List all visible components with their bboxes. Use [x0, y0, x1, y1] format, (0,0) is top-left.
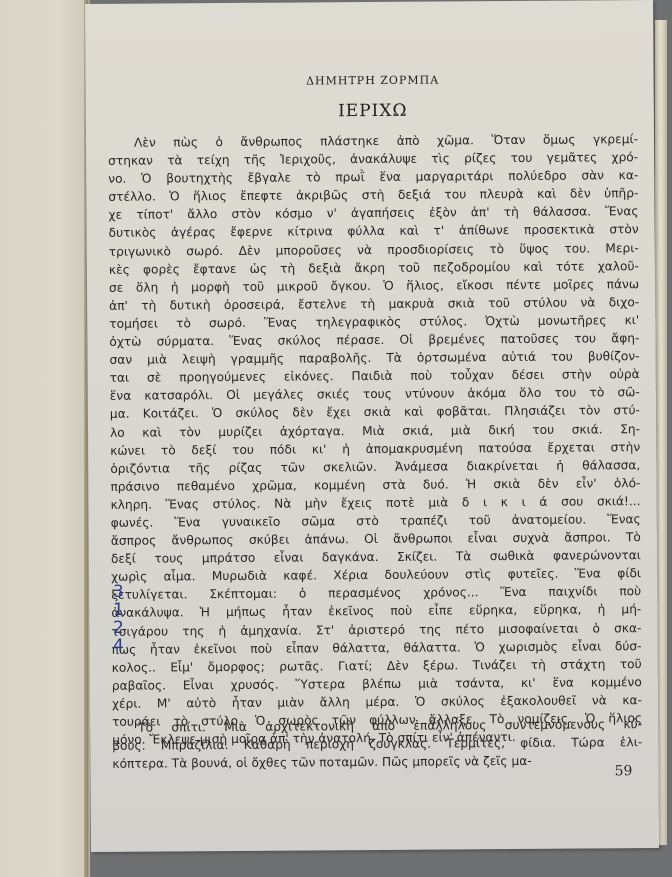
right-page: ΔΗΜΗΤΡΗ ΖΟΡΜΠΑ ΙΕΡΙΧΩ Λὲν πὼς ὁ ἄνθρωπος… [85, 0, 659, 852]
paragraph-1: Λὲν πὼς ὁ ἄνθρωπος πλάστηκε ἀπὸ χῶμα. Ὅτ… [108, 130, 642, 749]
paragraph-2: Τὸ σπίτι. Μιὰ ἀρχιτεκτονικὴ ἀπὸ ἐπάλληλο… [112, 715, 642, 773]
handwritten-number: 3 [113, 583, 124, 601]
author-header: ΔΗΜΗΤΡΗ ΖΟΡΜΠΑ [108, 72, 638, 89]
left-page [0, 0, 86, 877]
page-content: ΔΗΜΗΤΡΗ ΖΟΡΜΠΑ ΙΕΡΙΧΩ Λὲν πὼς ὁ ἄνθρωπος… [107, 0, 637, 4]
handwritten-number: 1 [113, 601, 124, 619]
handwritten-margin-notes: 3 1 2 4 [113, 583, 124, 655]
text-line: κόπτερα. Τὰ βουνά, οἱ ὄχθες τῶν ποταμῶν.… [112, 751, 642, 773]
page-number: 59 [615, 763, 633, 779]
handwritten-number: 2 [113, 619, 124, 637]
handwritten-number: 4 [113, 637, 124, 655]
chapter-title: ΙΕΡΙΧΩ [108, 99, 638, 123]
